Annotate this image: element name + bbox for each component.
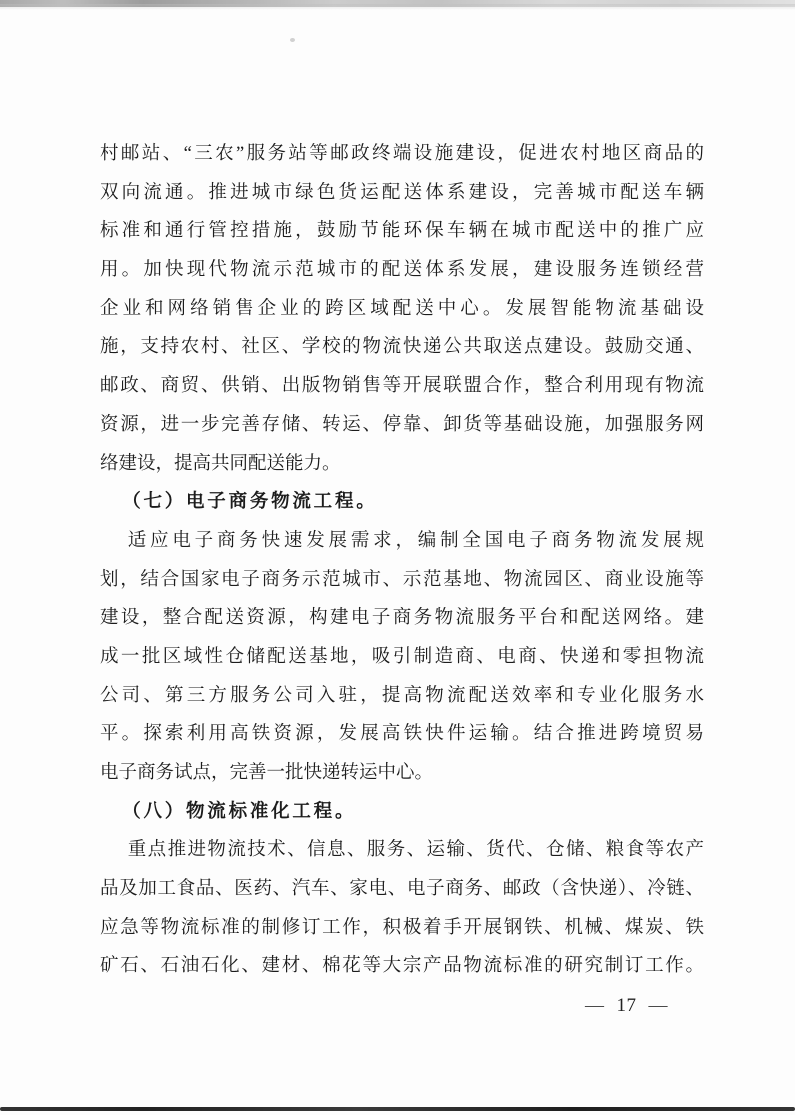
text-line: 标准和通行管控措施，鼓励节能环保车辆在城市配送中的推广应 — [100, 212, 704, 251]
text-line: 邮政、商贸、供销、出版物销售等开展联盟合作，整合利用现有物流 — [100, 367, 704, 406]
text-line: 公司、第三方服务公司入驻，提高物流配送效率和专业化服务水 — [100, 677, 704, 716]
text-line: 资源，进一步完善存储、转运、停靠、卸货等基础设施，加强服务网 — [100, 406, 704, 445]
text-line: 施，支持农村、社区、学校的物流快递公共取送点建设。鼓励交通、 — [100, 328, 704, 367]
text-line: 适应电子商务快速发展需求，编制全国电子商务物流发展规 — [100, 522, 704, 561]
document-page: 村邮站、“三农”服务站等邮政终端设施建设，促进农村地区商品的双向流通。推进城市绿… — [0, 0, 795, 1115]
text-line: 划，结合国家电子商务示范城市、示范基地、物流园区、商业设施等 — [100, 561, 704, 600]
text-line: 用。加快现代物流示范城市的配送体系发展，建设服务连锁经营 — [100, 251, 704, 290]
text-line: 建设，整合配送资源，构建电子商务物流服务平台和配送网络。建 — [100, 599, 704, 638]
document-body: 村邮站、“三农”服务站等邮政终端设施建设，促进农村地区商品的双向流通。推进城市绿… — [100, 135, 704, 986]
text-line: 平。探索利用高铁资源，发展高铁快件运输。结合推进跨境贸易 — [100, 715, 704, 754]
section-heading: （八）物流标准化工程。 — [100, 793, 704, 832]
text-line: 电子商务试点，完善一批快递转运中心。 — [100, 754, 704, 793]
scan-edge-top — [0, 0, 795, 7]
page-number-dash-right: — — [649, 995, 669, 1016]
text-line: 村邮站、“三农”服务站等邮政终端设施建设，促进农村地区商品的 — [100, 135, 704, 174]
text-line: 企业和网络销售企业的跨区域配送中心。发展智能物流基础设 — [100, 290, 704, 329]
page-number-dash-left: — — [585, 995, 605, 1016]
scan-artifact-dot — [290, 38, 295, 42]
section-heading: （七）电子商务物流工程。 — [100, 483, 704, 522]
text-line: 应急等物流标准的制修订工作，积极着手开展钢铁、机械、煤炭、铁 — [100, 909, 704, 948]
scan-edge-bottom — [0, 1107, 795, 1111]
text-line: 品及加工食品、医药、汽车、家电、电子商务、邮政（含快递）、冷链、 — [100, 870, 704, 909]
text-line: 矿石、石油石化、建材、棉花等大宗产品物流标准的研究制订工作。 — [100, 947, 704, 986]
text-line: 络建设，提高共同配送能力。 — [100, 445, 704, 484]
text-line: 成一批区域性仓储配送基地，吸引制造商、电商、快递和零担物流 — [100, 638, 704, 677]
text-line: 重点推进物流技术、信息、服务、运输、货代、仓储、粮食等农产 — [100, 831, 704, 870]
text-line: 双向流通。推进城市绿色货运配送体系建设，完善城市配送车辆 — [100, 174, 704, 213]
page-number: —17— — [0, 991, 668, 1021]
page-number-value: 17 — [617, 995, 637, 1016]
